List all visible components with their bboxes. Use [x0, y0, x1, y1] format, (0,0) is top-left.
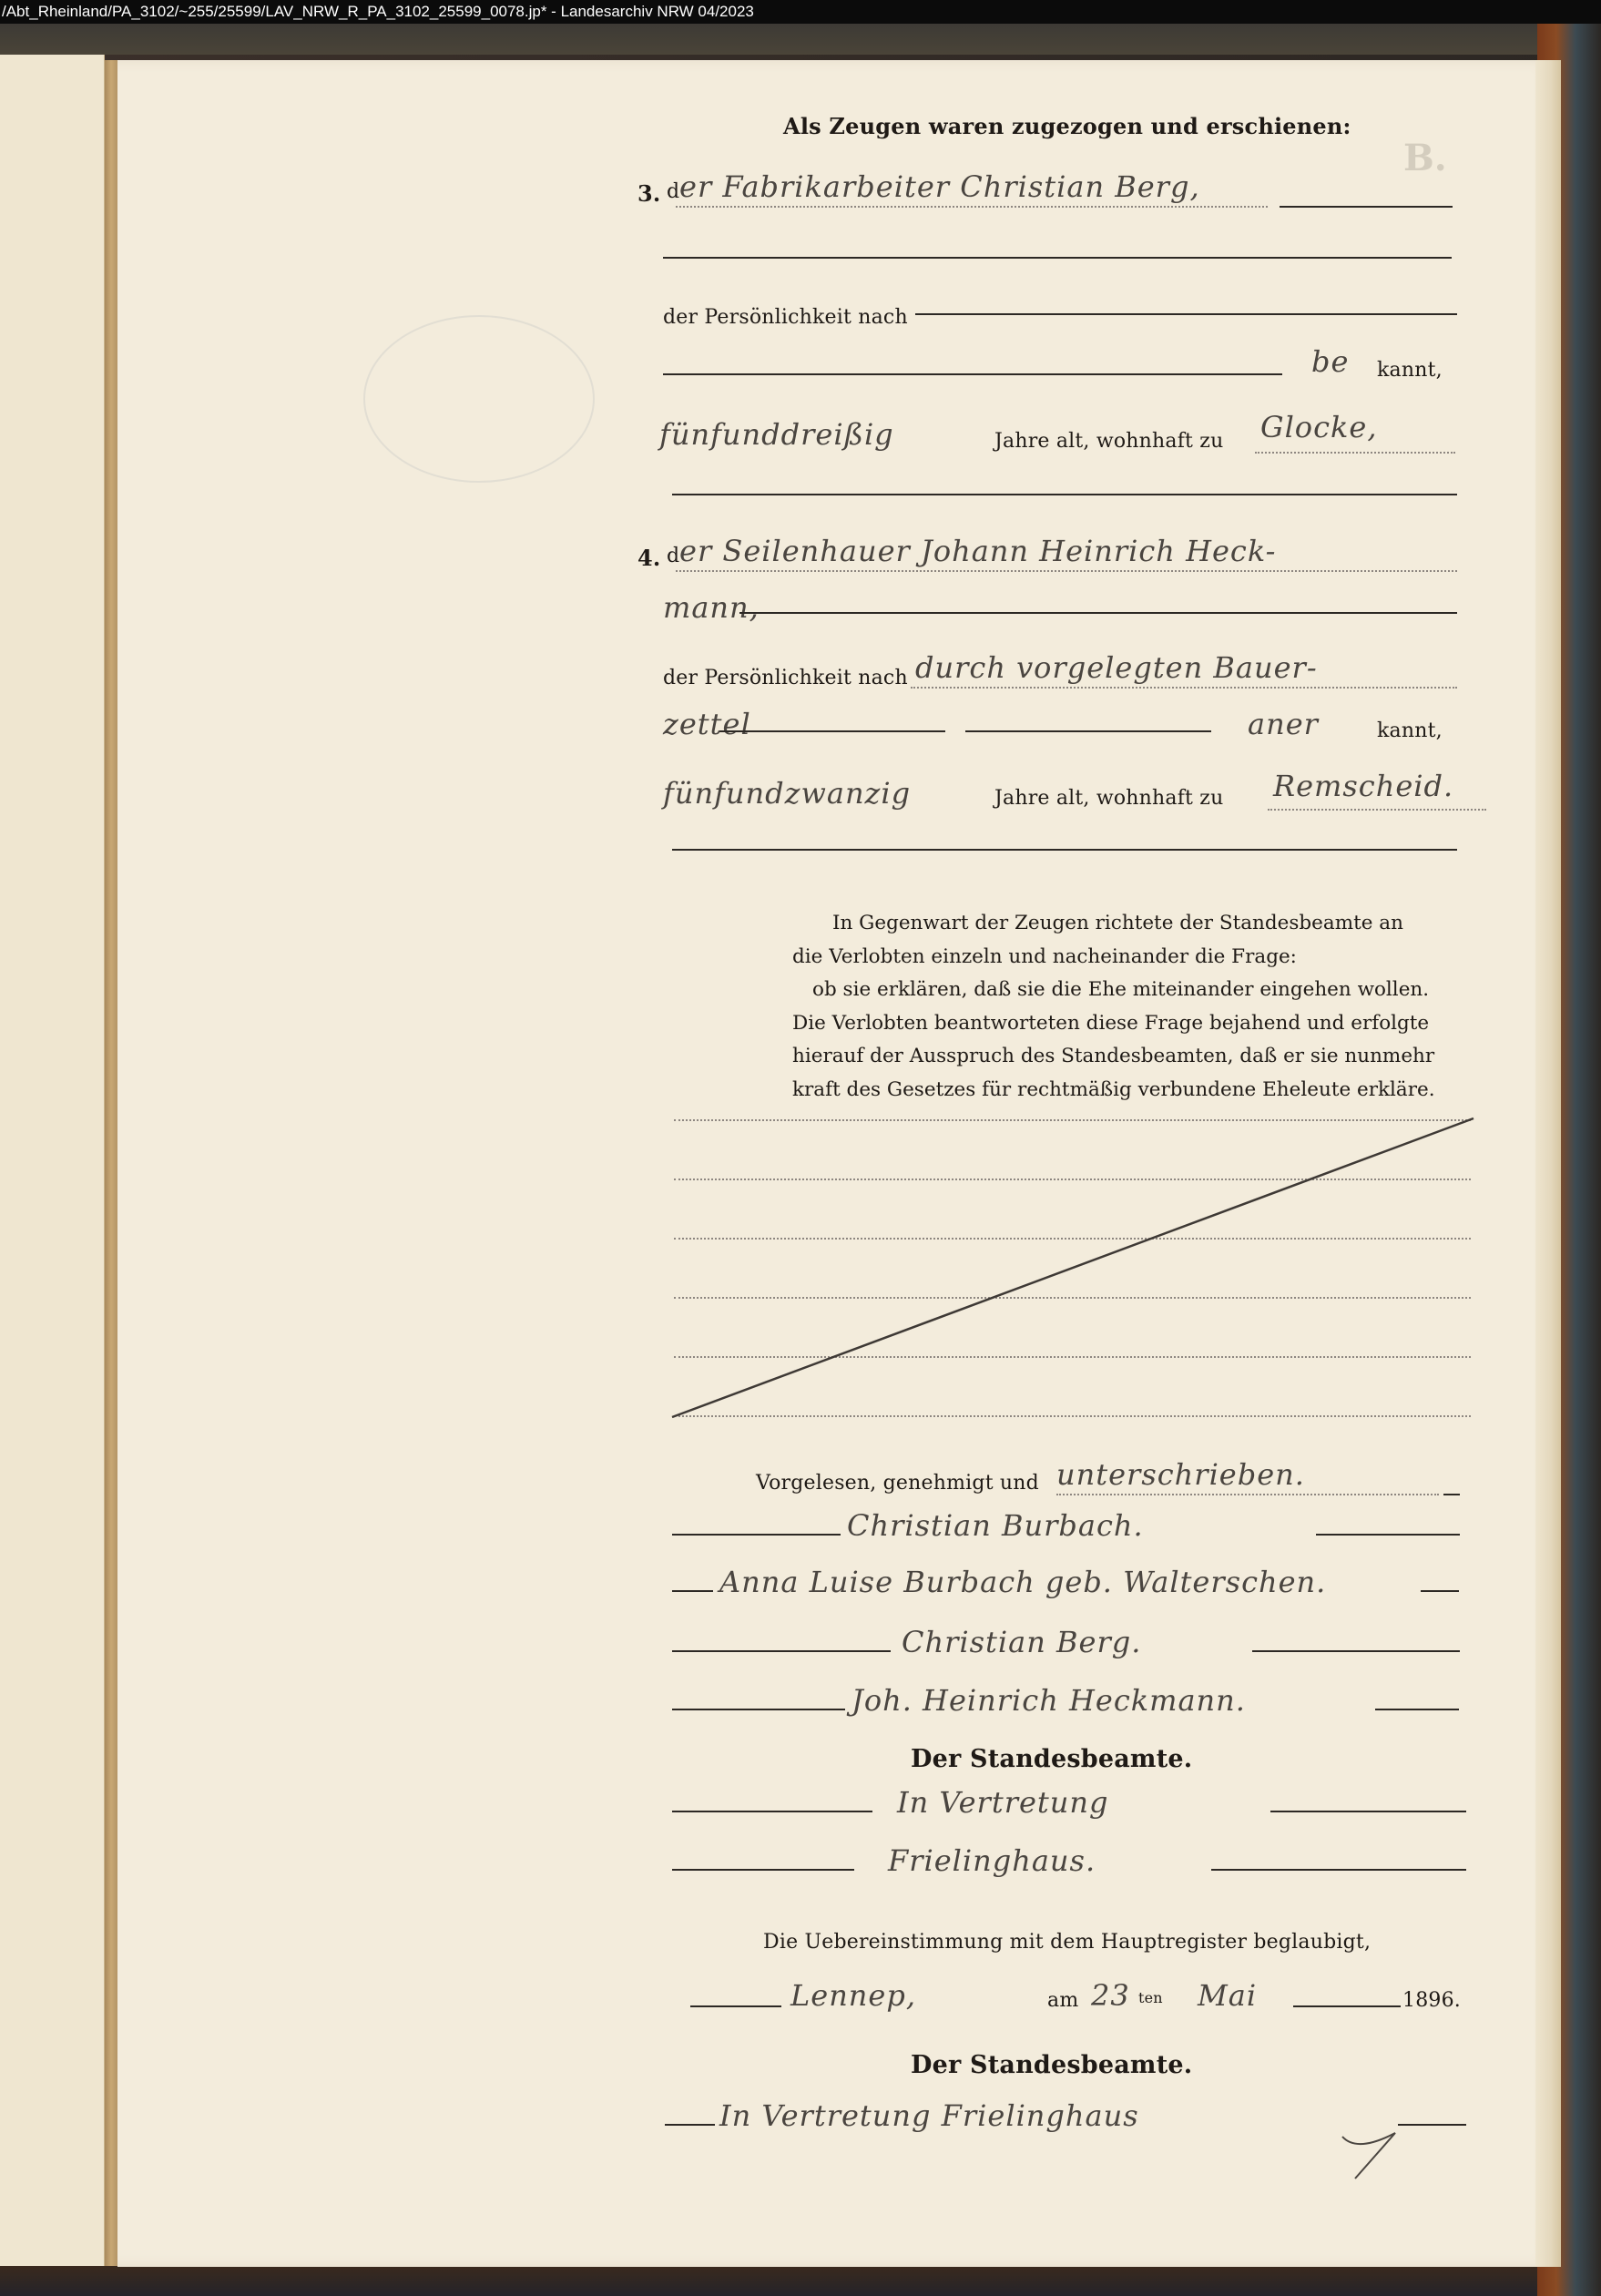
fill-line [719, 730, 945, 732]
book-gutter [105, 60, 117, 2266]
bleedthrough-letter: B. [1403, 137, 1447, 179]
signature-witness4: Joh. Heinrich Heckmann. [851, 1683, 1246, 1718]
paragraph-line: ob sie erklären, daß sie die Ehe miteina… [792, 974, 1466, 1007]
signature-witness3: Christian Berg. [902, 1625, 1141, 1659]
registrar-deputy-handwritten: In Vertretung [897, 1785, 1108, 1820]
certification-month: Mai [1198, 1978, 1257, 2013]
certification-text: Die Uebereinstimmung mit dem Hauptregist… [763, 1931, 1371, 1954]
witness3-identity-label: der Persönlichkeit nach [663, 306, 908, 329]
witness3-residence-handwritten: Glocke, [1260, 410, 1377, 444]
page-stack-edge [1535, 60, 1561, 2267]
read-approved-label: Vorgelesen, genehmigt und [756, 1472, 1039, 1495]
fill-line [676, 206, 1268, 208]
fill-line [1443, 1494, 1460, 1495]
fill-line [672, 1650, 891, 1652]
paragraph-line: hierauf der Ausspruch des Standesbeamten… [792, 1040, 1466, 1074]
paragraph-line: kraft des Gesetzes für rechtmäßig verbun… [792, 1074, 1466, 1107]
fill-line [915, 313, 1457, 315]
witness4-identity-suffix: aner [1248, 707, 1319, 741]
registrar-name-handwritten: Frielinghaus. [888, 1843, 1096, 1878]
fill-line [665, 2124, 715, 2126]
fill-line [672, 494, 1457, 495]
fill-line [1280, 206, 1453, 208]
fill-line [1211, 1869, 1466, 1871]
witness-heading: Als Zeugen waren zugezogen und erschiene… [783, 113, 1351, 139]
registrar-title: Der Standesbeamte. [911, 1745, 1192, 1773]
witness4-age-handwritten: fünfundzwanzig [663, 776, 911, 811]
witness3-number: 3. [637, 180, 660, 207]
witness4-identity-line2: zettel [663, 707, 751, 741]
witness3-age-residence-label: Jahre alt, wohnhaft zu [994, 430, 1223, 453]
fill-line [739, 612, 1457, 614]
paragraph-line: In Gegenwart der Zeugen richtete der Sta… [792, 907, 1466, 941]
certification-year: 1896. [1402, 1989, 1461, 2012]
witness3-identity-suffix: be [1311, 344, 1349, 379]
witness4-name-line2: mann, [663, 590, 760, 625]
fill-line [1421, 1590, 1459, 1592]
fill-line [672, 1869, 854, 1871]
book-cover-top [0, 24, 1601, 55]
fill-line [672, 849, 1457, 851]
fill-line [676, 570, 1457, 572]
witness3-kannt: kannt, [1377, 359, 1443, 382]
witness3-article-prefix: d [667, 180, 679, 203]
fill-line [663, 373, 1282, 375]
fill-line [1375, 1709, 1459, 1710]
fill-line [672, 1534, 841, 1536]
certification-am: am [1047, 1989, 1078, 2012]
fill-line [1270, 1811, 1466, 1812]
book-cover-bottom [0, 2265, 1601, 2296]
fill-line [965, 730, 1211, 732]
paragraph-line: die Verlobten einzeln und nacheinander d… [792, 941, 1466, 975]
fill-line [1255, 452, 1455, 454]
window-title-bar: /Abt_Rheinland/PA_3102/~255/25599/LAV_NR… [0, 0, 1601, 24]
fill-line [672, 1590, 713, 1592]
faint-stamp-bleedthrough [363, 315, 595, 483]
fill-line [1268, 809, 1486, 811]
fill-line [672, 1811, 872, 1812]
witness4-name-handwritten: er Seilenhauer Johann Heinrich Heck- [679, 534, 1276, 568]
witness4-age-residence-label: Jahre alt, wohnhaft zu [994, 787, 1223, 810]
witness4-identity-label: der Persönlichkeit nach [663, 667, 908, 689]
witness4-residence-handwritten: Remscheid. [1273, 769, 1453, 803]
signature-flourish [1339, 2129, 1402, 2184]
witness4-article-prefix: d [667, 545, 679, 567]
witness3-name-handwritten: er Fabrikarbeiter Christian Berg, [679, 169, 1200, 204]
witness4-identity-handwritten: durch vorgelegten Bauer- [915, 650, 1318, 685]
fill-line [1293, 2005, 1401, 2007]
fill-line [911, 687, 1457, 689]
fill-line [1316, 1534, 1460, 1536]
left-page-edge [0, 55, 105, 2266]
scanned-book-image: B. Als Zeugen waren zugezogen und erschi… [0, 24, 1601, 2296]
read-approved-handwritten: unterschrieben. [1056, 1457, 1305, 1492]
fill-line [1056, 1494, 1439, 1495]
fill-line [672, 1709, 845, 1710]
fill-line [690, 2005, 781, 2007]
ceremony-paragraph: In Gegenwart der Zeugen richtete der Sta… [792, 907, 1466, 1107]
paragraph-line: Die Verlobten beantworteten diese Frage … [792, 1007, 1466, 1041]
fill-line [1252, 1650, 1460, 1652]
witness4-number: 4. [637, 545, 660, 571]
signature-groom: Christian Burbach. [847, 1508, 1144, 1543]
fill-line [1398, 2124, 1466, 2126]
certification-place: Lennep, [790, 1978, 916, 2013]
witness4-kannt: kannt, [1377, 719, 1443, 742]
certification-day: 23 [1091, 1978, 1130, 2013]
registrar-title-2: Der Standesbeamte. [911, 2051, 1192, 2079]
certification-day-suffix: ten [1138, 1989, 1163, 2006]
witness3-age-handwritten: fünfunddreißig [659, 417, 894, 452]
registrar-signature-2: In Vertretung Frielinghaus [719, 2098, 1139, 2133]
fill-line [663, 257, 1452, 259]
window-title: /Abt_Rheinland/PA_3102/~255/25599/LAV_NR… [2, 3, 754, 20]
cancellation-diagonal-stroke [667, 1113, 1486, 1423]
signature-bride: Anna Luise Burbach geb. Walterschen. [719, 1565, 1326, 1599]
